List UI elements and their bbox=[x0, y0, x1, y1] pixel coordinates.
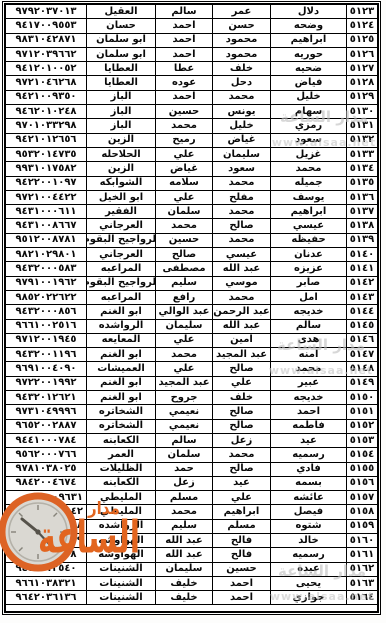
table-row: ٥١٦٤جوازياحمدخليفالشنينات٩٦٤٢٠٣٦١٣٦ bbox=[6, 591, 377, 605]
cell-father-name: محمد bbox=[212, 234, 270, 247]
cell-family-name: العرجاني bbox=[86, 219, 155, 232]
cell-serial: ٥١٥٥ bbox=[346, 463, 377, 476]
cell-family-name: الفقير bbox=[86, 205, 155, 218]
cell-grandfather-name: احمد bbox=[155, 91, 212, 104]
cell-family-name: المليطي bbox=[86, 491, 155, 504]
cell-grandfather-name: حسين bbox=[155, 105, 212, 118]
table-row: ٥١٣٩حفيظهمحمدحسينالرواجيح البقوم٩٥١٢٠٠٨٧… bbox=[6, 234, 377, 248]
cell-first-name: سالم bbox=[270, 320, 346, 333]
cell-family-name: ابو الغنم bbox=[86, 305, 155, 318]
cell-father-name: سليمان bbox=[212, 148, 270, 161]
scanned-document-page: ٥١٢٣دلالعمرسالمالعقيل٩٧٩٢٠٣٧٠١٣٥١٢٤وضحهح… bbox=[0, 0, 386, 623]
cell-serial: ٥١٤٨ bbox=[346, 362, 377, 375]
cell-father-name: احمد bbox=[212, 577, 270, 590]
cell-family-name: المراعبه bbox=[86, 262, 155, 275]
cell-serial: ٥١٦١ bbox=[346, 548, 377, 561]
cell-family-name: ابو الغنم bbox=[86, 377, 155, 390]
cell-phone-number: ٩٦٦١٠٠٢٥١٦ bbox=[6, 320, 86, 333]
cell-phone-number: ٩٤٣١٠٠٨٦٦٧ bbox=[6, 219, 86, 232]
cell-grandfather-name: رميح bbox=[155, 134, 212, 147]
cell-first-name: خديجه bbox=[270, 391, 346, 404]
cell-family-name: الباز bbox=[86, 91, 155, 104]
table-row: ٥١٥٧عائشهعليمسلمالمليطي٢٠٠٩٦٣١ bbox=[6, 491, 377, 505]
cell-serial: ٥١٤١ bbox=[346, 262, 377, 275]
cell-first-name: يوسف bbox=[270, 191, 346, 204]
table-row: ٥١٥٣عيدزعلسالمالكعابنه٩٤٤١٠٠٠٧٨٤ bbox=[6, 434, 377, 448]
cell-serial: ٥١٣٢ bbox=[346, 134, 377, 147]
cell-first-name: محمد bbox=[270, 162, 346, 175]
cell-phone-number: ٩٧٩١٠٠١٩٦٢ bbox=[6, 277, 86, 290]
cell-serial: ٥١٤٦ bbox=[346, 334, 377, 347]
cell-phone-number: ٩٤٦٢٠١٠٢٤٨ bbox=[6, 105, 86, 118]
cell-father-name: محمد bbox=[212, 448, 270, 461]
cell-father-name: حسين bbox=[212, 563, 270, 576]
cell-serial: ٥١٥٢ bbox=[346, 420, 377, 433]
cell-serial: ٥١٥٦ bbox=[346, 477, 377, 490]
cell-family-name: ابو الغنم bbox=[86, 391, 155, 404]
cell-family-name: المراعبه bbox=[86, 291, 155, 304]
cell-phone-number: ٩٧٣٢٠٤٣٦٣٨ bbox=[6, 548, 86, 561]
cell-serial: ٥١٤٤ bbox=[346, 305, 377, 318]
cell-father-name: دحل bbox=[212, 76, 270, 89]
cell-family-name: الزين bbox=[86, 162, 155, 175]
cell-grandfather-name: سليم bbox=[155, 520, 212, 533]
table-row: ٥١٦٣يحيىاحمدخليفالشنينات٩٦٦١٠٣٨٣٢١ bbox=[6, 577, 377, 591]
cell-father-name: عيد bbox=[212, 477, 270, 490]
table-row: ٥١٣٨عيسيصالحمحمدالعرجاني٩٤٣١٠٠٨٦٦٧ bbox=[6, 219, 377, 233]
cell-father-name: صالح bbox=[212, 405, 270, 418]
cell-first-name: خليل bbox=[270, 91, 346, 104]
cell-family-name: الهواوشه bbox=[86, 548, 155, 561]
cell-father-name: امين bbox=[212, 334, 270, 347]
cell-father-name: مفلح bbox=[212, 191, 270, 204]
table-row: ٥١٣٧ابراهيممحمدسلمانالفقير٩٤٣١٠٠٠٦١١ bbox=[6, 205, 377, 219]
table-row: ٥١٣٣غزيلسليمانعليالحلاحله٩٥٣٢٠١٤٧٣٥ bbox=[6, 148, 377, 162]
table-row: ٥١٣٢سعودغياضرميحالزين٩٤٢١٠١٢٦٥٦ bbox=[6, 134, 377, 148]
cell-phone-number: ٩٤٤٢٠١٢٥٤٠ bbox=[6, 563, 86, 576]
cell-father-name: خلف bbox=[212, 62, 270, 75]
cell-first-name: يحيى bbox=[270, 577, 346, 590]
cell-grandfather-name: احمد bbox=[155, 48, 212, 61]
cell-phone-number: ٩٧١٢٠٣٩٦٦٢ bbox=[6, 48, 86, 61]
cell-grandfather-name: علي bbox=[155, 148, 212, 161]
cell-family-name: الشخاتره bbox=[86, 420, 155, 433]
cell-first-name: ابراهيم bbox=[270, 34, 346, 47]
cell-phone-number: ٩٤٣١٠٠٠٦١١ bbox=[6, 205, 86, 218]
cell-grandfather-name: عبد الله bbox=[155, 548, 212, 561]
cell-family-name: الزين bbox=[86, 134, 155, 147]
cell-serial: ٥١٢٩ bbox=[346, 91, 377, 104]
table-row: ٥١٢٣دلالعمرسالمالعقيل٩٧٩٢٠٣٧٠١٣ bbox=[6, 5, 377, 19]
table-row: ٥١٤٠عدنانعيسيصالحالعرجاني٩٨٢١٠٢٩٨٠١ bbox=[6, 248, 377, 262]
cell-phone-number: ٩٨٥٢٠٢٢٦٢٢ bbox=[6, 291, 86, 304]
cell-serial: ٥١٣٣ bbox=[346, 148, 377, 161]
cell-family-name: الظليلات bbox=[86, 463, 155, 476]
cell-father-name: مسلم bbox=[212, 520, 270, 533]
cell-first-name: عيد bbox=[270, 434, 346, 447]
cell-serial: ٥١٥٨ bbox=[346, 505, 377, 518]
cell-first-name: فيصل bbox=[270, 505, 346, 518]
cell-serial: ٥١٤٢ bbox=[346, 277, 377, 290]
cell-first-name: خديجه bbox=[270, 305, 346, 318]
cell-first-name: امنه bbox=[270, 348, 346, 361]
cell-first-name: ضحيه bbox=[270, 62, 346, 75]
table-row: ٥١٥٤رسميهمحمدسلمانالعمر٩٥٦٢٠٠٠٧٦٦ bbox=[6, 448, 377, 462]
cell-phone-number: ٩٤٢١٠٠٩٣٥٠ bbox=[6, 91, 86, 104]
cell-first-name: جوازي bbox=[270, 591, 346, 604]
cell-phone-number: ٩٩٣١٠١٧٥٨٢ bbox=[6, 162, 86, 175]
cell-father-name: محمد bbox=[212, 291, 270, 304]
cell-serial: ٥١٤٥ bbox=[346, 320, 377, 333]
cell-serial: ٥١٥٤ bbox=[346, 448, 377, 461]
cell-father-name: فالح bbox=[212, 548, 270, 561]
cell-grandfather-name: احمد bbox=[155, 34, 212, 47]
cell-phone-number: ٩٤٤١٠٠٠٧٨٤ bbox=[6, 434, 86, 447]
cell-family-name: العقيل bbox=[86, 5, 155, 18]
cell-serial: ٥١٣٠ bbox=[346, 105, 377, 118]
cell-first-name: حفيظه bbox=[270, 234, 346, 247]
cell-father-name: غياض bbox=[212, 134, 270, 147]
cell-grandfather-name: علي bbox=[155, 334, 212, 347]
cell-phone-number: ٩٤٣٢٠١٢٦٢١ bbox=[6, 391, 86, 404]
cell-family-name: الهواوشه bbox=[86, 534, 155, 547]
cell-family-name: الرواشده bbox=[86, 320, 155, 333]
cell-father-name: فالح bbox=[212, 534, 270, 547]
cell-grandfather-name: غياض bbox=[155, 162, 212, 175]
cell-phone-number: ٩٤١٧٠٠٩٥٥٣ bbox=[6, 19, 86, 32]
cell-phone-number: ٩٥١٢٠٠٨٧٨١ bbox=[6, 234, 86, 247]
cell-father-name: محمد bbox=[212, 177, 270, 190]
cell-family-name: الشنينات bbox=[86, 563, 155, 576]
cell-phone-number: ٩٥٣٢٠١٤٧٣٥ bbox=[6, 148, 86, 161]
cell-grandfather-name: سليمان bbox=[155, 320, 212, 333]
cell-grandfather-name: محمد bbox=[155, 505, 212, 518]
cell-father-name: عبد المجيد bbox=[212, 348, 270, 361]
cell-serial: ٥١٤٣ bbox=[346, 291, 377, 304]
cell-serial: ٥١٣٦ bbox=[346, 191, 377, 204]
cell-grandfather-name: حمد bbox=[155, 463, 212, 476]
table-row: ٥١٥٠خديجهخلفجروحابو الغنم٩٤٣٢٠١٢٦٢١ bbox=[6, 391, 377, 405]
cell-grandfather-name: سلمان bbox=[155, 205, 212, 218]
table-row: ٥١٦٠خالدفالحعبد اللهالهواوشه١٩ bbox=[6, 534, 377, 548]
cell-first-name: شتوه bbox=[270, 520, 346, 533]
cell-grandfather-name: محمد bbox=[155, 119, 212, 132]
cell-family-name: العمر bbox=[86, 448, 155, 461]
cell-first-name: جميله bbox=[270, 177, 346, 190]
cell-phone-number: ٣٤١٤٢ bbox=[6, 505, 86, 518]
table-row: ٥١٢٤وضحهحسناحمدحسان٩٤١٧٠٠٩٥٥٣ bbox=[6, 19, 377, 33]
cell-family-name: العرجاني bbox=[86, 248, 155, 261]
cell-grandfather-name: علي bbox=[155, 362, 212, 375]
cell-serial: ٥١٢٧ bbox=[346, 62, 377, 75]
table-row: ٥١٥٦بسمهعيدزعلالكعابنه٩٨٤٢٠٠٤٦٧٤ bbox=[6, 477, 377, 491]
cell-first-name: دلال bbox=[270, 5, 346, 18]
cell-first-name: عبير bbox=[270, 377, 346, 390]
cell-grandfather-name: نعيمي bbox=[155, 420, 212, 433]
cell-grandfather-name: سالم bbox=[155, 5, 212, 18]
table-row: ٥١٢٩خليلمحمداحمدالباز٩٤٢١٠٠٩٣٥٠ bbox=[6, 91, 377, 105]
table-row: ٥١٥٥فاديصالححمدالظليلات٩٧٨١٠٣٨٠٢٥ bbox=[6, 463, 377, 477]
cell-father-name: عمر bbox=[212, 5, 270, 18]
cell-grandfather-name: مسلم bbox=[155, 491, 212, 504]
cell-first-name: احمد bbox=[270, 405, 346, 418]
cell-phone-number: ٩٦٥٢٠٠٢٨٨٧ bbox=[6, 420, 86, 433]
cell-grandfather-name: خليف bbox=[155, 591, 212, 604]
cell-family-name: ابو الغنم bbox=[86, 348, 155, 361]
cell-serial: ٥١٤٩ bbox=[346, 377, 377, 390]
cell-family-name: العطايا bbox=[86, 76, 155, 89]
cell-serial: ٥١٥٣ bbox=[346, 434, 377, 447]
table-row: ٥١٢٨فياضدحلعودهالعطايا٩٧٢١٠٤٦٢٦٨ bbox=[6, 76, 377, 90]
table-row: ٥١٢٧ضحيهخلفعطاالعطايا٩٤١٢٠١٠٠٥٢ bbox=[6, 62, 377, 76]
cell-first-name: فاطمه bbox=[270, 420, 346, 433]
cell-family-name: الشخاتره bbox=[86, 405, 155, 418]
cell-father-name: زعل bbox=[212, 434, 270, 447]
cell-grandfather-name: عبد المجيد bbox=[155, 377, 212, 390]
table-row: ٥١٤٢صابرموسيسليمالرواجيح البقوم٩٧٩١٠٠١٩٦… bbox=[6, 277, 377, 291]
cell-serial: ٥١٥١ bbox=[346, 405, 377, 418]
cell-serial: ٥١٥٩ bbox=[346, 520, 377, 533]
cell-first-name: سعود bbox=[270, 134, 346, 147]
cell-father-name: صالح bbox=[212, 362, 270, 375]
table-row: ٥١٤٧امنهعبد المجيدمحمدابو الغنم٩٤٣٢٠٠١١٩… bbox=[6, 348, 377, 362]
table-footer-empty-row bbox=[6, 605, 377, 611]
cell-phone-number: ٩٧٨١٠٣٨٠٢٥ bbox=[6, 463, 86, 476]
table-row: ٥١٤٩عبيرعليعبد المجيدابو الغنم٩٧٢٢٠٠١٩٩٢ bbox=[6, 377, 377, 391]
cell-family-name: ابو سلمان bbox=[86, 34, 155, 47]
cell-father-name: موسي bbox=[212, 277, 270, 290]
cell-first-name: محمد bbox=[270, 362, 346, 375]
cell-serial: ٥١٢٨ bbox=[346, 76, 377, 89]
cell-father-name: سعود bbox=[212, 162, 270, 175]
cell-family-name: الحلاحله bbox=[86, 148, 155, 161]
cell-first-name: سهام bbox=[270, 105, 346, 118]
cell-grandfather-name: سلمان bbox=[155, 448, 212, 461]
cell-father-name: محمود bbox=[212, 34, 270, 47]
table-row: ٥١٤٥سالمعبد اللهسليمانالرواشده٩٦٦١٠٠٢٥١٦ bbox=[6, 320, 377, 334]
cell-grandfather-name: مصطفى bbox=[155, 262, 212, 275]
cell-serial: ٥١٦٢ bbox=[346, 563, 377, 576]
cell-grandfather-name: نعيمي bbox=[155, 405, 212, 418]
cell-first-name: فياض bbox=[270, 76, 346, 89]
cell-father-name: احمد bbox=[212, 591, 270, 604]
cell-first-name: فادي bbox=[270, 463, 346, 476]
cell-father-name: محمود bbox=[212, 48, 270, 61]
cell-father-name: ابراهيم bbox=[212, 505, 270, 518]
cell-father-name: حسن bbox=[212, 19, 270, 32]
table-row: ٥١٢٦حوريهمحموداحمدابو سلمان٩٧١٢٠٣٩٦٦٢ bbox=[6, 48, 377, 62]
cell-grandfather-name: عطا bbox=[155, 62, 212, 75]
cell-grandfather-name: عبد الله bbox=[155, 534, 212, 547]
table-row: ٥١٤٤خديجهعبد الرحمنعبد الواليابو الغنم٩٤… bbox=[6, 305, 377, 319]
cell-serial: ٥١٤٧ bbox=[346, 348, 377, 361]
table-row: ٥١٥٨فيصلابراهيممحمدالمليطي٣٤١٤٢ bbox=[6, 505, 377, 519]
cell-first-name: رسميه bbox=[270, 448, 346, 461]
table-row: ٥١٦٢عيدهحسينسليمانالشنينات٩٤٤٢٠١٢٥٤٠ bbox=[6, 563, 377, 577]
cell-phone-number: ٩٦٦١٠٣٨٣٢١ bbox=[6, 577, 86, 590]
cell-phone-number: ٩٨٤٢٠٠٤٦٧٤ bbox=[6, 477, 86, 490]
cell-first-name: ابراهيم bbox=[270, 205, 346, 218]
cell-family-name: الرواشده bbox=[86, 520, 155, 533]
cell-serial: ٥١٣٥ bbox=[346, 177, 377, 190]
cell-father-name: خليل bbox=[212, 119, 270, 132]
table-row: ٥١٢٥ابراهيممحموداحمدابو سلمان٩٨٣١٠٤٢٨٧١ bbox=[6, 34, 377, 48]
cell-phone-number: ٩٧٠١٠٣٣٢٩٨ bbox=[6, 119, 86, 132]
table-row: ٥١٣٠سهاميونسحسينالباز٩٤٦٢٠١٠٢٤٨ bbox=[6, 105, 377, 119]
cell-serial: ٥١٣١ bbox=[346, 119, 377, 132]
cell-family-name: الكعابنه bbox=[86, 477, 155, 490]
cell-phone-number: ٩٤١٢٠١٠٠٥٢ bbox=[6, 62, 86, 75]
cell-father-name: صالح bbox=[212, 463, 270, 476]
table-row: ٥١٤٦هدىامينعليالمعايعه٩٧١٢٠٠١٩٤٥ bbox=[6, 334, 377, 348]
cell-phone-number: ٩٤٣٢٠٠١١٩٦ bbox=[6, 348, 86, 361]
cell-phone-number: ٩٤٣٢٠٠٠٥٨٣ bbox=[6, 262, 86, 275]
cell-phone-number: ٩٨٢١٠٢٩٨٠١ bbox=[6, 248, 86, 261]
cell-first-name: غزيل bbox=[270, 148, 346, 161]
cell-first-name: حوريه bbox=[270, 48, 346, 61]
cell-first-name: عدنان bbox=[270, 248, 346, 261]
cell-phone-number: ٩٦٤٢٠٣٦١٣٦ bbox=[6, 591, 86, 604]
cell-serial: ٥١٢٦ bbox=[346, 48, 377, 61]
cell-phone-number: ٩٧٢١٠٤٦٢٦٨ bbox=[6, 76, 86, 89]
cell-phone-number: ١٩ bbox=[6, 534, 86, 547]
cell-phone-number: ٩٥٦٢٠٠٠٧٦٦ bbox=[6, 448, 86, 461]
cell-grandfather-name: محمد bbox=[155, 219, 212, 232]
cell-father-name: عبد الرحمن bbox=[212, 305, 270, 318]
cell-phone-number: ٩٤٢٢٠٠١٠٩٧ bbox=[6, 177, 86, 190]
cell-grandfather-name: سالم bbox=[155, 434, 212, 447]
cell-first-name: هدى bbox=[270, 334, 346, 347]
cell-serial: ٥١٦٠ bbox=[346, 534, 377, 547]
cell-phone-number: ٨ bbox=[6, 520, 86, 533]
cell-first-name: وضحه bbox=[270, 19, 346, 32]
table-row: ٥١٥١احمدصالحنعيميالشخاتره٩٧٣١٠٤٩٩٩٦ bbox=[6, 405, 377, 419]
table-row: ٥١٤٣املمحمدرافعالمراعبه٩٨٥٢٠٢٢٦٢٢ bbox=[6, 291, 377, 305]
cell-serial: ٥١٦٤ bbox=[346, 591, 377, 604]
table-row: ٥١٥٩شتوهمسلمسليمالرواشده٨ bbox=[6, 520, 377, 534]
cell-first-name: رسميه bbox=[270, 548, 346, 561]
cell-grandfather-name: صالح bbox=[155, 248, 212, 261]
cell-grandfather-name: محمد bbox=[155, 348, 212, 361]
cell-serial: ٥١٢٣ bbox=[346, 5, 377, 18]
cell-father-name: عبد الله bbox=[212, 262, 270, 275]
cell-grandfather-name: خليف bbox=[155, 577, 212, 590]
cell-father-name: صالح bbox=[212, 219, 270, 232]
cell-phone-number: ٢٠٠٩٦٣١ bbox=[6, 491, 86, 504]
cell-grandfather-name: سلامه bbox=[155, 177, 212, 190]
table-row: ٥١٣٥جميلهمحمدسلامهالشوابكه٩٤٢٢٠٠١٠٩٧ bbox=[6, 177, 377, 191]
cell-phone-number: ٩٧١٢٠٠١٩٤٥ bbox=[6, 334, 86, 347]
cell-grandfather-name: جروح bbox=[155, 391, 212, 404]
cell-first-name: صابر bbox=[270, 277, 346, 290]
cell-father-name: عبد الله bbox=[212, 320, 270, 333]
table-row: ٥١٤٨محمدصالحعليالعميشات٩٦٩١٠٠٤٠٩٠ bbox=[6, 362, 377, 376]
cell-family-name: ابو سلمان bbox=[86, 48, 155, 61]
cell-first-name: رمزي bbox=[270, 119, 346, 132]
cell-serial: ٥١٥٧ bbox=[346, 491, 377, 504]
cell-grandfather-name: سليمان bbox=[155, 563, 212, 576]
cell-family-name: الرواجيح البقوم bbox=[86, 277, 155, 290]
cell-phone-number: ٩٦٩١٠٠٤٠٩٠ bbox=[6, 362, 86, 375]
table-row: ٥١٦١رسميهفالحعبد اللهالهواوشه٩٧٣٢٠٤٣٦٣٨ bbox=[6, 548, 377, 562]
cell-father-name: خلف bbox=[212, 391, 270, 404]
cell-grandfather-name: سليم bbox=[155, 277, 212, 290]
cell-family-name: الشنينات bbox=[86, 591, 155, 604]
cell-grandfather-name: رافع bbox=[155, 291, 212, 304]
cell-family-name: الرواجيح البقوم bbox=[86, 234, 155, 247]
cell-family-name: الباز bbox=[86, 119, 155, 132]
cell-grandfather-name: حسين bbox=[155, 234, 212, 247]
table-row: ٥١٣٤محمدسعودغياضالزين٩٩٣١٠١٧٥٨٢ bbox=[6, 162, 377, 176]
cell-father-name: صالح bbox=[212, 420, 270, 433]
cell-father-name: يونس bbox=[212, 105, 270, 118]
cell-first-name: بسمه bbox=[270, 477, 346, 490]
cell-serial: ٥١٣٨ bbox=[346, 219, 377, 232]
cell-serial: ٥١٣٩ bbox=[346, 234, 377, 247]
cell-serial: ٥١٢٤ bbox=[346, 19, 377, 32]
cell-family-name: ابو الخيل bbox=[86, 191, 155, 204]
cell-phone-number: ٩٨٣١٠٤٢٨٧١ bbox=[6, 34, 86, 47]
cell-family-name: الباز bbox=[86, 105, 155, 118]
cell-family-name: العطايا bbox=[86, 62, 155, 75]
table-row: ٥١٥٢فاطمهصالحنعيميالشخاتره٩٦٥٢٠٠٢٨٨٧ bbox=[6, 420, 377, 434]
table-row: ٥١٤١عزيزهعبد اللهمصطفىالمراعبه٩٤٣٢٠٠٠٥٨٣ bbox=[6, 262, 377, 276]
cell-phone-number: ٩٧٣١٠٤٩٩٩٦ bbox=[6, 405, 86, 418]
cell-first-name: خالد bbox=[270, 534, 346, 547]
cell-serial: ٥١٢٥ bbox=[346, 34, 377, 47]
cell-family-name: المعايعه bbox=[86, 334, 155, 347]
cell-serial: ٥١٥٠ bbox=[346, 391, 377, 404]
cell-grandfather-name: زعل bbox=[155, 477, 212, 490]
cell-grandfather-name: عوده bbox=[155, 76, 212, 89]
cell-phone-number: ٩٤٣٢٠٠٠٨٥٦ bbox=[6, 305, 86, 318]
table-row: ٥١٣٦يوسفمفلحعليابو الخيل٩٧٢١٠٠٤٤٢٢ bbox=[6, 191, 377, 205]
cell-family-name: الكعابنه bbox=[86, 434, 155, 447]
cell-serial: ٥١٦٣ bbox=[346, 577, 377, 590]
cell-phone-number: ٩٧٢٢٠٠١٩٩٢ bbox=[6, 377, 86, 390]
cell-father-name: عيسي bbox=[212, 248, 270, 261]
cell-phone-number: ٩٧٢١٠٠٤٤٢٢ bbox=[6, 191, 86, 204]
cell-father-name: علي bbox=[212, 377, 270, 390]
cell-first-name: عائشه bbox=[270, 491, 346, 504]
table-row: ٥١٣١رمزيخليلمحمدالباز٩٧٠١٠٣٣٢٩٨ bbox=[6, 119, 377, 133]
cell-serial: ٥١٣٤ bbox=[346, 162, 377, 175]
table-outer-frame: ٥١٢٣دلالعمرسالمالعقيل٩٧٩٢٠٣٧٠١٣٥١٢٤وضحهح… bbox=[2, 1, 381, 615]
cell-serial: ٥١٤٠ bbox=[346, 248, 377, 261]
cell-first-name: عيسي bbox=[270, 219, 346, 232]
cell-family-name: الشنينات bbox=[86, 577, 155, 590]
cell-family-name: الشوابكه bbox=[86, 177, 155, 190]
cell-grandfather-name: احمد bbox=[155, 19, 212, 32]
names-phone-table: ٥١٢٣دلالعمرسالمالعقيل٩٧٩٢٠٣٧٠١٣٥١٢٤وضحهح… bbox=[4, 3, 379, 613]
cell-grandfather-name: عبد الوالي bbox=[155, 305, 212, 318]
table-body: ٥١٢٣دلالعمرسالمالعقيل٩٧٩٢٠٣٧٠١٣٥١٢٤وضحهح… bbox=[6, 5, 377, 605]
cell-serial: ٥١٣٧ bbox=[346, 205, 377, 218]
cell-grandfather-name: علي bbox=[155, 191, 212, 204]
cell-phone-number: ٩٧٩٢٠٣٧٠١٣ bbox=[6, 5, 86, 18]
cell-father-name: علي bbox=[212, 491, 270, 504]
cell-family-name: المليطي bbox=[86, 505, 155, 518]
cell-family-name: حسان bbox=[86, 19, 155, 32]
cell-first-name: عيده bbox=[270, 563, 346, 576]
cell-father-name: محمد bbox=[212, 205, 270, 218]
cell-first-name: امل bbox=[270, 291, 346, 304]
cell-phone-number: ٩٤٢١٠١٢٦٥٦ bbox=[6, 134, 86, 147]
cell-first-name: عزيزه bbox=[270, 262, 346, 275]
cell-father-name: محمد bbox=[212, 91, 270, 104]
cell-family-name: العميشات bbox=[86, 362, 155, 375]
